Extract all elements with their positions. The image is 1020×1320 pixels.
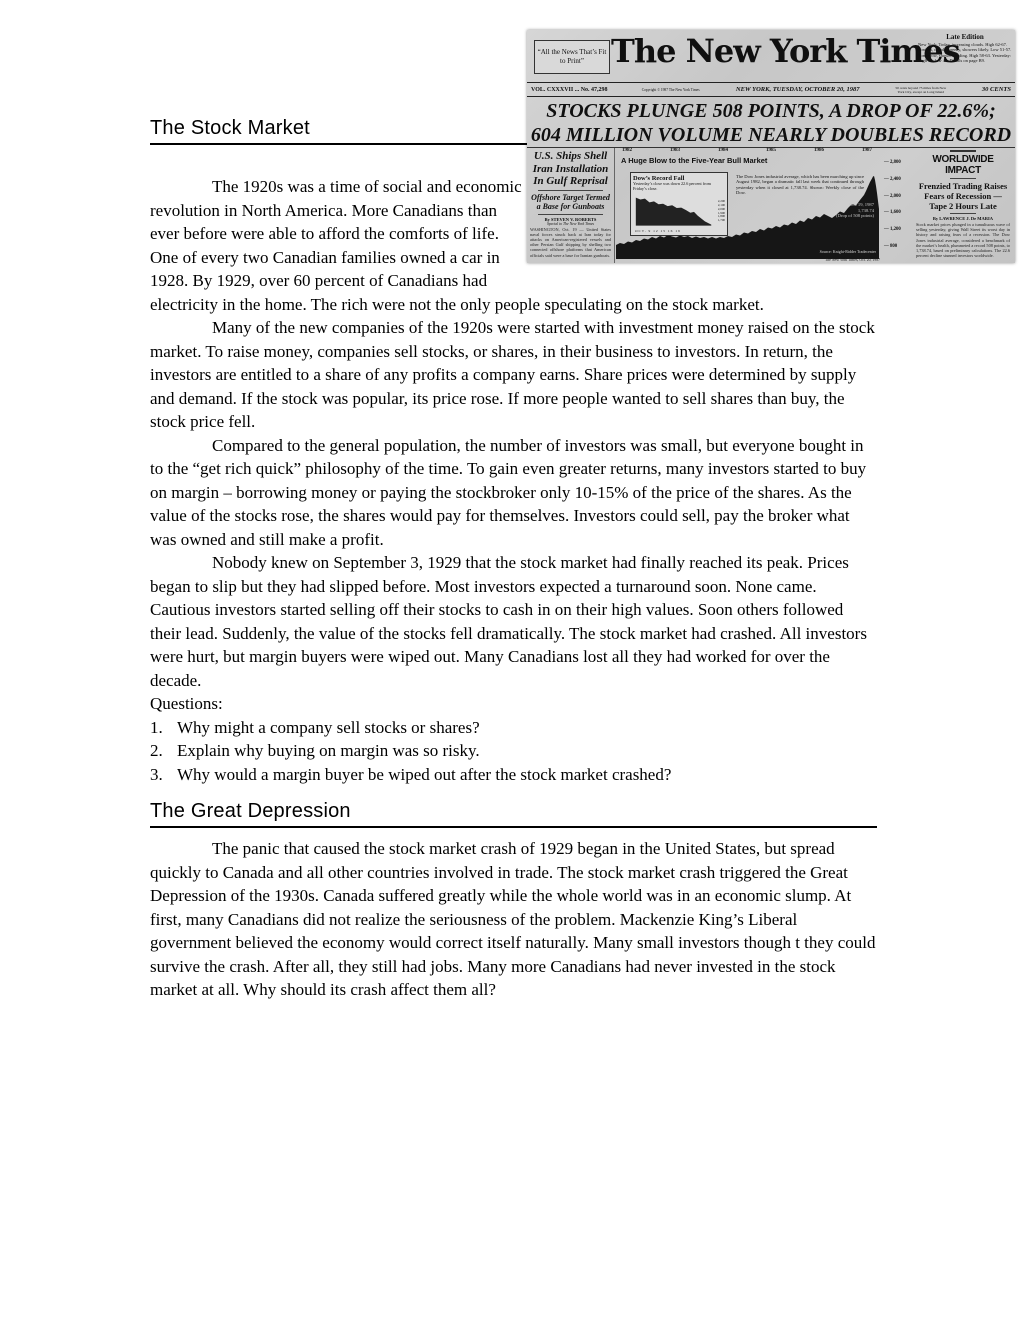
nyt-right-body: Stock market prices plunged in a tumultu… <box>916 222 1010 258</box>
nyt-price-note: 50 cents beyond 75 miles from New York C… <box>894 86 948 94</box>
paragraph-buy-on-margin: Compared to the general population, the … <box>150 434 877 552</box>
nyt-date: NEW YORK, TUESDAY, OCTOBER 20, 1987 <box>736 86 860 93</box>
y-tick: — 800 <box>884 244 910 249</box>
nyt-right-kicker: WORLDWIDE IMPACT <box>916 154 1010 176</box>
question-item: 3. Why would a margin buyer be wiped out… <box>150 763 877 787</box>
nyt-motto-box: “All the News That’s Fit to Print” <box>534 40 610 74</box>
right-headline-line: Fears of Recession — <box>916 191 1010 201</box>
nyt-right-column: WORLDWIDE IMPACT Frenzied Trading Raises… <box>913 148 1013 263</box>
section-heading-great-depression: The Great Depression <box>150 798 877 828</box>
divider <box>950 213 976 214</box>
divider <box>950 178 976 179</box>
question-text: Explain why buying on margin was so risk… <box>177 739 480 763</box>
y-tick: — 1,600 <box>884 210 910 215</box>
paragraph-crash: Nobody knew on September 3, 1929 that th… <box>150 551 877 692</box>
paragraph-new-companies: Many of the new companies of the 1920s w… <box>150 316 877 434</box>
image-wrap-spacer <box>527 115 877 285</box>
question-item: 2. Explain why buying on margin was so r… <box>150 739 877 763</box>
paragraph-depression: The panic that caused the stock market c… <box>150 837 877 1002</box>
y-tick: — 1,200 <box>884 227 910 232</box>
nyt-right-headline: Frenzied Trading Raises Fears of Recessi… <box>916 181 1010 211</box>
nyt-edition-block: Late Edition New York: Today, increasing… <box>918 35 1012 64</box>
chart-y-axis: — 2,800 — 2,400 — 2,000 — 1,600 — 1,200 … <box>884 160 910 249</box>
document-body: The Stock Market The 1920s was a time of… <box>150 115 877 1002</box>
nyt-copyright: Copyright © 1987 The New York Times <box>642 88 702 92</box>
question-number: 2. <box>150 739 177 763</box>
question-text: Why would a margin buyer be wiped out af… <box>177 763 671 787</box>
y-tick: — 2,400 <box>884 177 910 182</box>
nyt-masthead: The New York Times <box>611 32 917 70</box>
nyt-dateline-bar: VOL. CXXXVII ... No. 47,298 Copyright © … <box>527 82 1015 97</box>
right-headline-line: Frenzied Trading Raises <box>916 181 1010 191</box>
nyt-price: 30 CENTS <box>982 86 1011 93</box>
question-item: 1. Why might a company sell stocks or sh… <box>150 716 877 740</box>
question-text: Why might a company sell stocks or share… <box>177 716 480 740</box>
nyt-volume: VOL. CXXXVII ... No. 47,298 <box>531 87 608 93</box>
section-heading-stock-market: The Stock Market <box>150 115 527 145</box>
divider <box>950 150 976 152</box>
right-headline-line: Tape 2 Hours Late <box>916 201 1010 211</box>
question-number: 1. <box>150 716 177 740</box>
nyt-edition-label: Late Edition <box>918 35 1012 41</box>
questions-label: Questions: <box>150 692 877 716</box>
question-number: 3. <box>150 763 177 787</box>
nyt-weather-text: New York: Today, increasing clouds. High… <box>918 42 1011 64</box>
document-page: “All the News That’s Fit to Print” The N… <box>0 0 1020 1320</box>
y-tick: — 2,000 <box>884 194 910 199</box>
nyt-right-byline: By LAWRENCE J. De MARIA <box>916 216 1010 221</box>
y-tick: — 2,800 <box>884 160 910 165</box>
